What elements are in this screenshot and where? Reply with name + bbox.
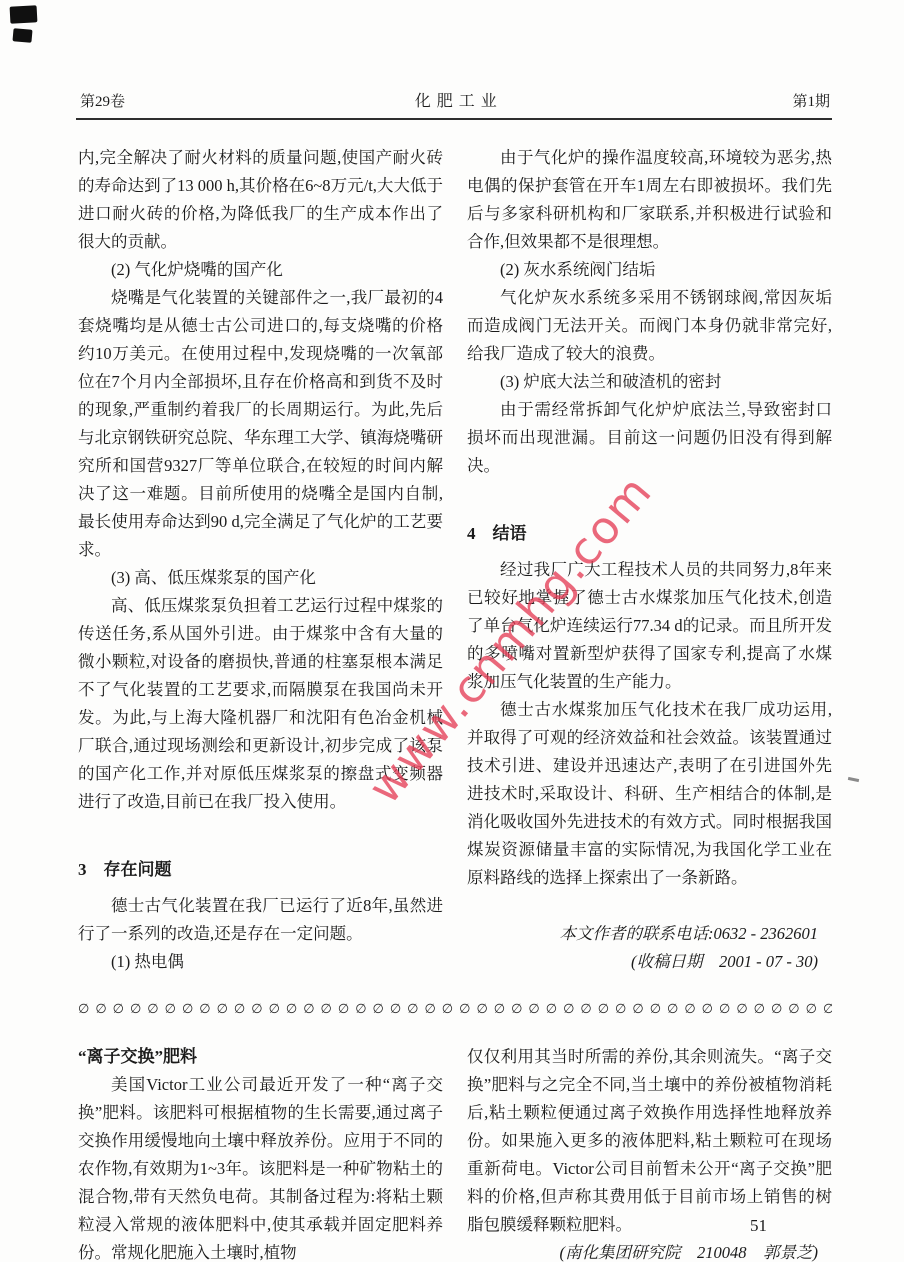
scan-artifact-mark <box>10 5 38 23</box>
paragraph: 3 存在问题 <box>78 856 443 884</box>
paragraph: (1) 热电偶 <box>78 948 443 976</box>
paragraph: 由于气化炉的操作温度较高,环境较为恶劣,热电偶的保护套管在开车1周左右即被损坏。… <box>467 144 832 256</box>
paragraph: 高、低压煤浆泵负担着工艺运行过程中煤浆的传送任务,系从国外引进。由于煤浆中含有大… <box>78 592 443 816</box>
paragraph: 4 结语 <box>467 520 832 548</box>
header-volume: 第29卷 <box>80 90 125 111</box>
scan-artifact-mark <box>848 777 859 782</box>
header-issue: 第1期 <box>792 90 830 111</box>
paragraph: 由于需经常拆卸气化炉炉底法兰,导致密封口损坏而出现泄漏。目前这一问题仍旧没有得到… <box>467 396 832 480</box>
paragraph: (2) 气化炉烧嘴的国产化 <box>78 256 443 284</box>
header-journal-title: 化肥工业 <box>415 88 503 111</box>
paragraph: 内,完全解决了耐火材料的质量问题,使国产耐火砖的寿命达到了13 000 h,其价… <box>78 144 443 256</box>
paragraph: (3) 炉底大法兰和破渣机的密封 <box>467 368 832 396</box>
article-right-column: 由于气化炉的操作温度较高,环境较为恶劣,热电偶的保护套管在开车1周左右即被损坏。… <box>467 144 832 976</box>
paragraph: (2) 灰水系统阀门结垢 <box>467 256 832 284</box>
article-body: 内,完全解决了耐火材料的质量问题,使国产耐火砖的寿命达到了13 000 h,其价… <box>78 144 832 976</box>
paragraph: 经过我厂广大工程技术人员的共同努力,8年来已较好地掌握了德士古水煤浆加压气化技术… <box>467 556 832 696</box>
header-rule <box>76 118 832 120</box>
paragraph: 德士古水煤浆加压气化技术在我厂成功运用,并取得了可观的经济效益和社会效益。该装置… <box>467 696 832 892</box>
scan-artifact-mark <box>12 28 32 43</box>
paragraph: 德士古气化装置在我厂已运行了近8年,虽然进行了一系列的改造,还是存在一定问题。 <box>78 892 443 948</box>
page-number: 51 <box>750 1216 767 1236</box>
paragraph: 烧嘴是气化装置的关键部件之一,我厂最初的4套烧嘴均是从德士古公司进口的,每支烧嘴… <box>78 284 443 564</box>
paragraph: 仅仅利用其当时所需的养份,其余则流失。“离子交换”肥料与之完全不同,当土壤中的养… <box>467 1043 832 1239</box>
note-right-column: 仅仅利用其当时所需的养份,其余则流失。“离子交换”肥料与之完全不同,当土壤中的养… <box>467 1043 832 1262</box>
paragraph: 气化炉灰水系统多采用不锈钢球阀,常因灰垢而造成阀门无法开关。而阀门本身仍就非常完… <box>467 284 832 368</box>
paragraph: (收稿日期 2001 - 07 - 30) <box>467 948 832 976</box>
news-note-section: “离子交换”肥料美国Victor工业公司最近开发了一种“离子交换”肥料。该肥料可… <box>78 1043 832 1262</box>
ornamental-divider: ∅∅∅∅∅∅∅∅∅∅∅∅∅∅∅∅∅∅∅∅∅∅∅∅∅∅∅∅∅∅∅∅∅∅∅∅∅∅∅∅… <box>78 1002 832 1017</box>
note-left-column: “离子交换”肥料美国Victor工业公司最近开发了一种“离子交换”肥料。该肥料可… <box>78 1043 443 1262</box>
page-header: 第29卷 化肥工业 第1期 <box>80 88 830 111</box>
paragraph: (南化集团研究院 210048 郭景芝) <box>467 1239 832 1262</box>
paragraph: 美国Victor工业公司最近开发了一种“离子交换”肥料。该肥料可根据植物的生长需… <box>78 1071 443 1262</box>
paragraph: “离子交换”肥料 <box>78 1043 443 1071</box>
article-left-column: 内,完全解决了耐火材料的质量问题,使国产耐火砖的寿命达到了13 000 h,其价… <box>78 144 443 976</box>
paragraph: 本文作者的联系电话:0632 - 2362601 <box>467 920 832 948</box>
paragraph: (3) 高、低压煤浆泵的国产化 <box>78 564 443 592</box>
journal-page: 第29卷 化肥工业 第1期 内,完全解决了耐火材料的质量问题,使国产耐火砖的寿命… <box>0 0 904 1262</box>
